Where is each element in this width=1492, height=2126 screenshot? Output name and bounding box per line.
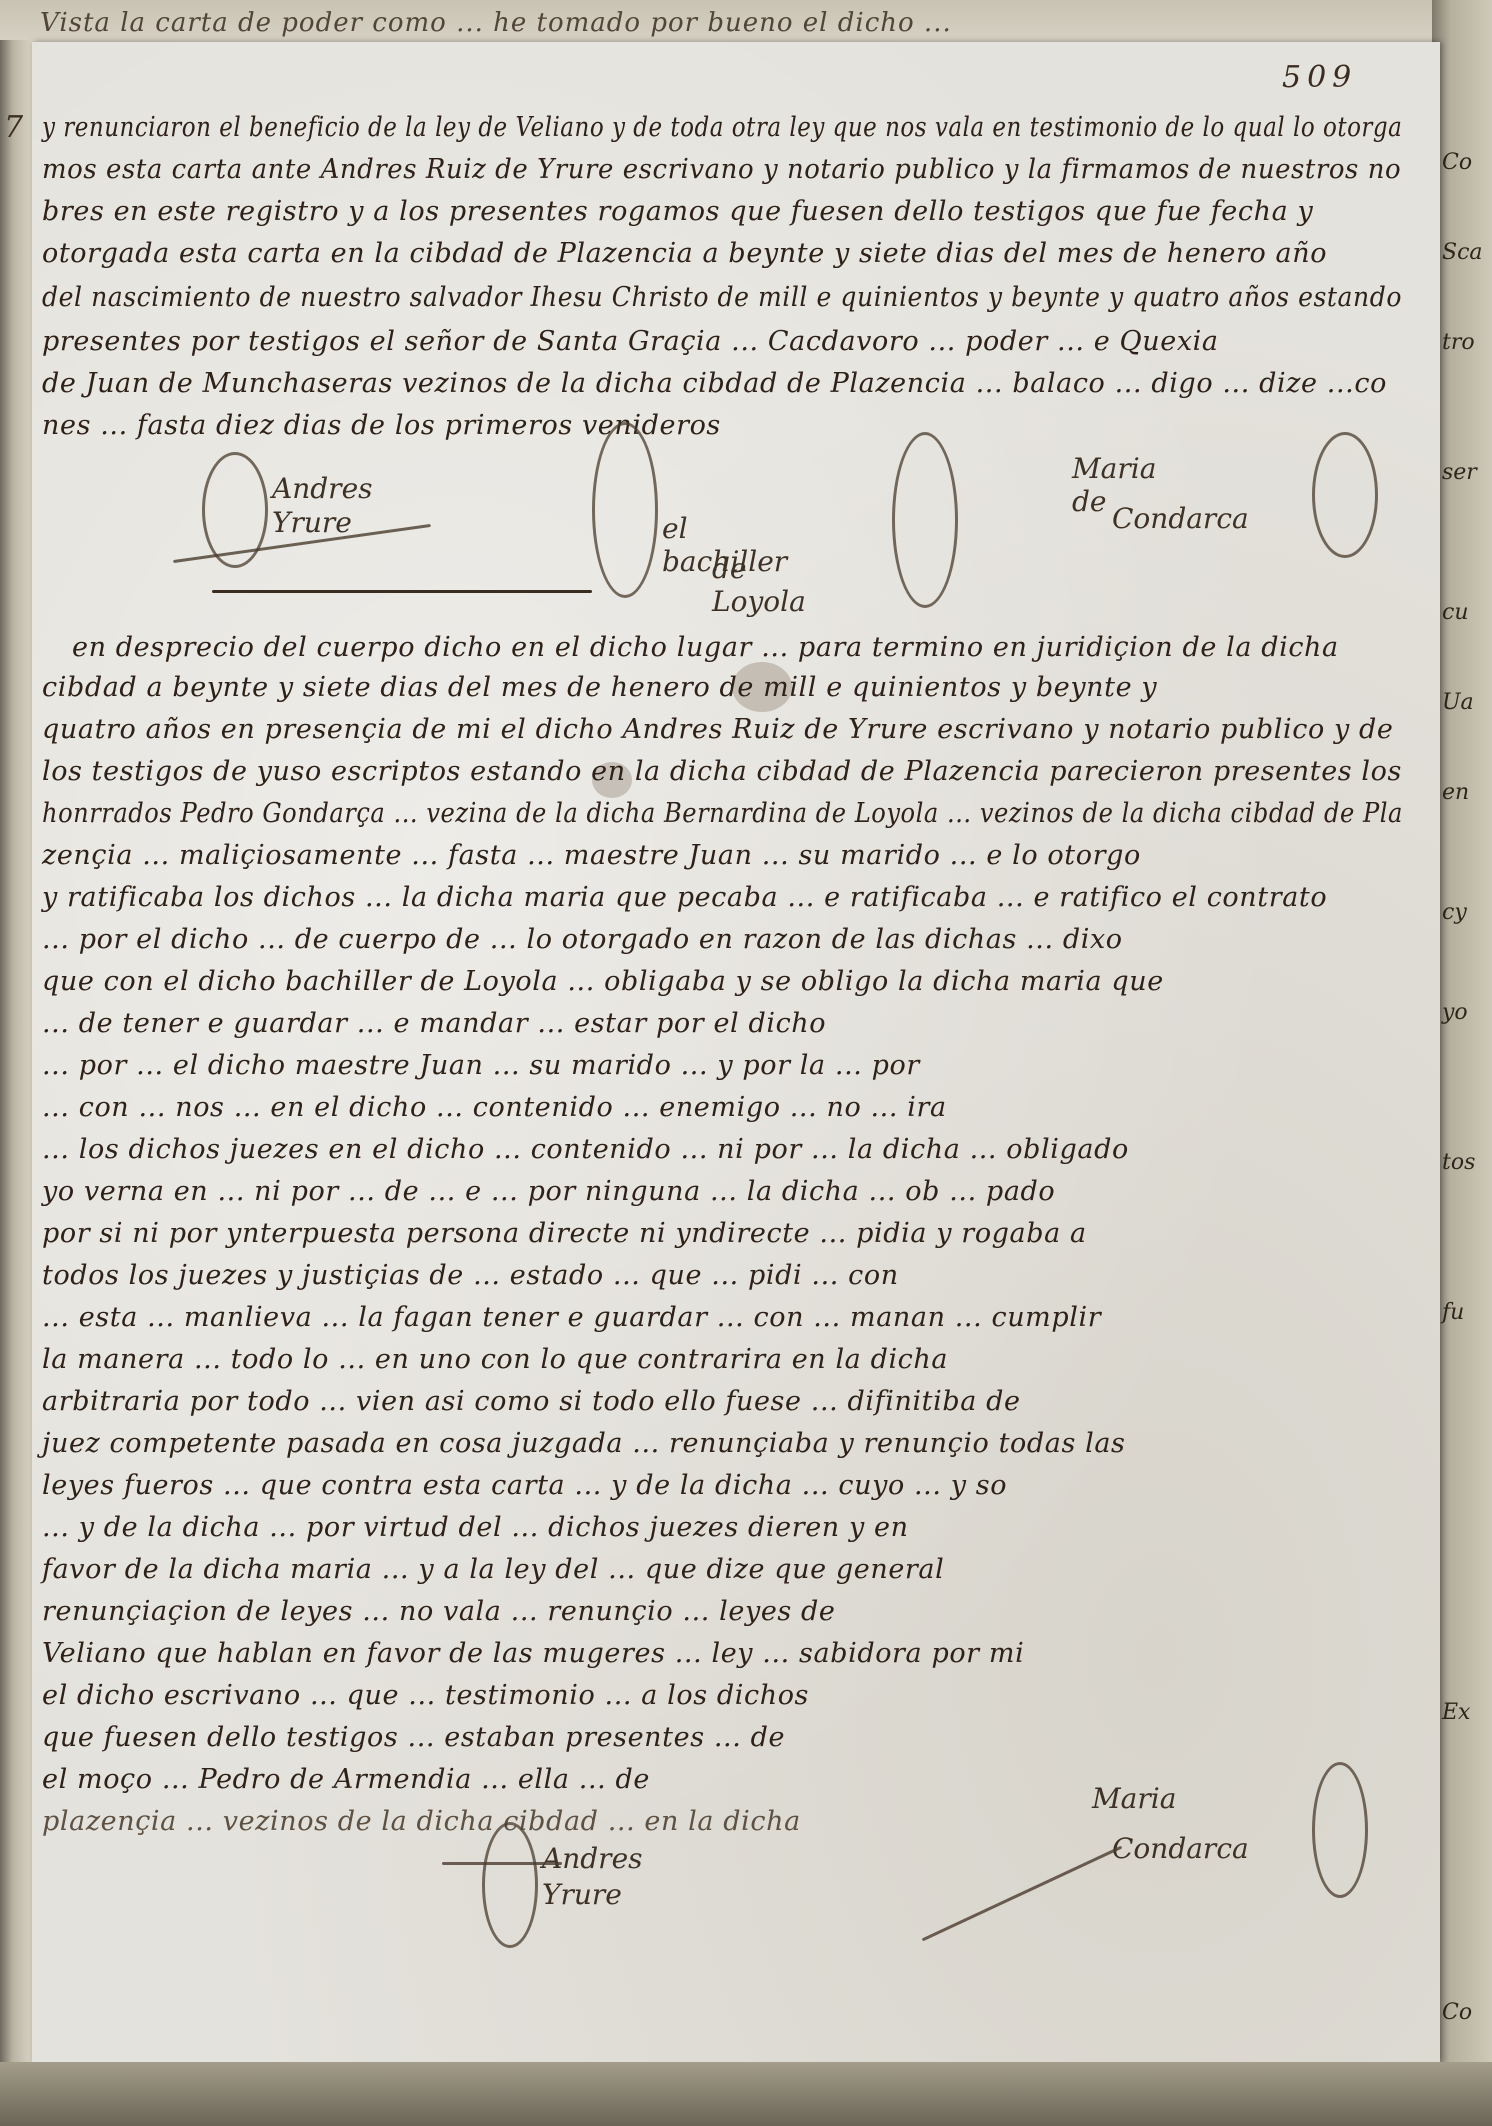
next-leaf-fragment: en: [1442, 780, 1469, 805]
next-leaf-fragment: cu: [1442, 600, 1469, 625]
text-line: y ratificaba los dichos ... la dicha mar…: [42, 882, 1327, 913]
text-line: ... de tener e guardar ... e mandar ... …: [42, 1008, 826, 1039]
text-line: leyes fueros ... que contra esta carta .…: [42, 1470, 1007, 1501]
text-line: ... con ... nos ... en el dicho ... cont…: [42, 1092, 947, 1123]
page-bottom-edge: [0, 2062, 1492, 2126]
text-line: el moço ... Pedro de Armendia ... ella .…: [42, 1764, 650, 1795]
text-line: ... y de la dicha ... por virtud del ...…: [42, 1512, 909, 1543]
text-line: por si ni por ynterpuesta persona direct…: [42, 1218, 1087, 1249]
signature-line: Yrure: [542, 1878, 622, 1911]
next-leaf-strip: Co Sca tro ser cu Ua en cy yo tos fu Ex …: [1432, 0, 1492, 2126]
text-line: la manera ... todo lo ... en uno con lo …: [42, 1344, 948, 1375]
next-leaf-fragment: yo: [1442, 1000, 1468, 1025]
next-leaf-fragment: Ex: [1442, 1700, 1470, 1725]
text-line: honrrados Pedro Gondarça ... vezina de l…: [42, 798, 1403, 829]
text-line: los testigos de yuso escriptos estando e…: [42, 756, 1402, 787]
next-leaf-fragment: Ua: [1442, 690, 1474, 715]
text-line: yo verna en ... ni por ... de ... e ... …: [42, 1176, 1055, 1207]
text-line: cibdad a beynte y siete dias del mes de …: [42, 672, 1157, 703]
text-line: renunçiaçion de leyes ... no vala ... re…: [42, 1596, 836, 1627]
text-line: plazençia ... vezinos de la dicha cibdad…: [42, 1806, 801, 1837]
text-line: ... los dichos juezes en el dicho ... co…: [42, 1134, 1129, 1165]
text-line: ... esta ... manlieva ... la fagan tener…: [42, 1302, 1101, 1333]
text-line: favor de la dicha maria ... y a la ley d…: [42, 1554, 944, 1585]
next-leaf-fragment: tro: [1442, 330, 1475, 355]
next-leaf-fragment: tos: [1442, 1150, 1475, 1175]
manuscript-page: 509 y renunciaron el beneficio de la ley…: [32, 42, 1440, 2062]
previous-leaf-text: Vista la carta de poder como ... he toma…: [40, 8, 1440, 38]
text-line: ... por ... el dicho maestre Juan ... su…: [42, 1050, 920, 1081]
signature-line: Andres: [542, 1842, 643, 1875]
next-leaf-fragment: cy: [1442, 900, 1467, 925]
next-leaf-fragment: ser: [1442, 460, 1477, 485]
signature-line: Condarca: [1112, 1832, 1249, 1865]
text-line: que fuesen dello testigos ... estaban pr…: [42, 1722, 785, 1753]
next-leaf-fragment: Sca: [1442, 240, 1483, 265]
text-line: arbitraria por todo ... vien asi como si…: [42, 1386, 1021, 1417]
binding-edge: 7: [0, 40, 32, 2126]
next-leaf-fragment: Co: [1442, 150, 1472, 175]
text-line: Veliano que hablan en favor de las muger…: [42, 1638, 1024, 1669]
next-leaf-fragment: fu: [1442, 1300, 1464, 1325]
text-line: en desprecio del cuerpo dicho en el dich…: [72, 632, 1339, 663]
text-line: quatro años en presençia de mi el dicho …: [42, 714, 1394, 745]
text-line: el dicho escrivano ... que ... testimoni…: [42, 1680, 809, 1711]
text-line: juez competente pasada en cosa juzgada .…: [42, 1428, 1126, 1459]
paragraph-2: en desprecio del cuerpo dicho en el dich…: [32, 42, 1440, 2062]
text-line: ... por el dicho ... de cuerpo de ... lo…: [42, 924, 1123, 955]
next-leaf-fragment: Co: [1442, 2000, 1472, 2025]
text-line: que con el dicho bachiller de Loyola ...…: [42, 966, 1164, 997]
binding-mark: 7: [4, 110, 23, 145]
text-line: zençia ... maliçiosamente ... fasta ... …: [42, 840, 1141, 871]
text-line: todos los juezes y justiçias de ... esta…: [42, 1260, 899, 1291]
signature-line: Maria: [1092, 1782, 1176, 1815]
